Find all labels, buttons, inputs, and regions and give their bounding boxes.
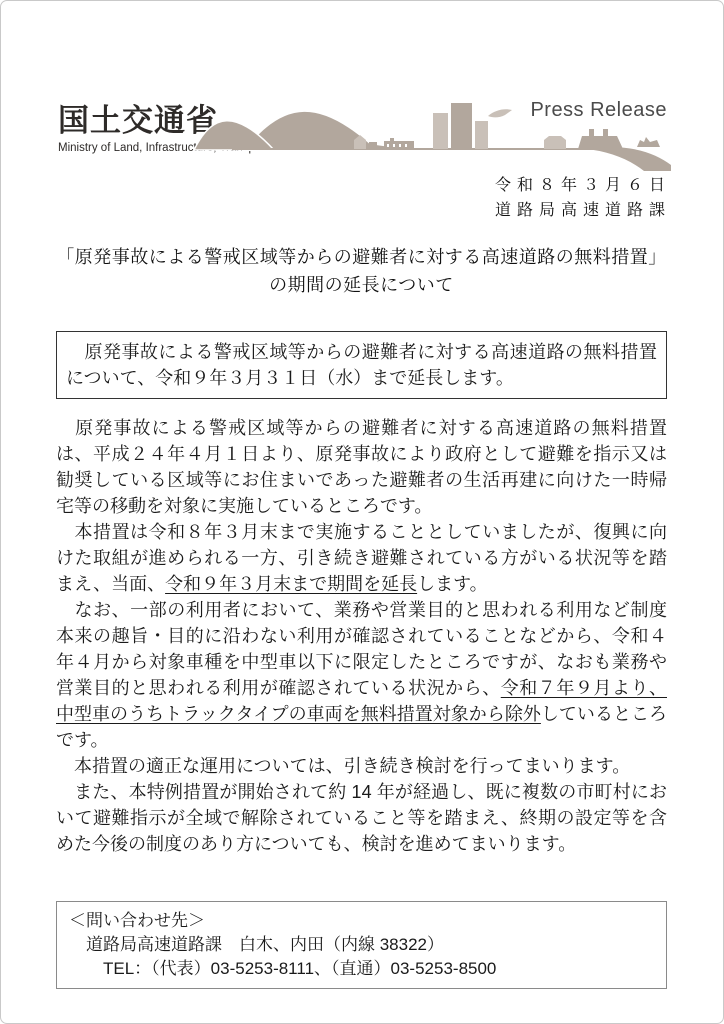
summary-box: 原発事故による警戒区域等からの避難者に対する高速道路の無料措置について、令和９年…: [56, 331, 667, 399]
paragraph-3: なお、一部の利用者において、業務や営業目的と思われる利用など制度本来の趣旨・目的…: [56, 597, 667, 753]
release-date: 令和８年３月６日: [495, 173, 671, 198]
paragraph-4: 本措置の適正な運用については、引き続き検討を行ってまいります。: [56, 753, 667, 779]
contact-phone-line: TEL：（代表）03-5253-8111、（直通）03-5253-8500: [69, 957, 654, 981]
contact-heading: ＜問い合わせ先＞: [69, 909, 654, 933]
skyline-graphic: [194, 93, 671, 171]
paragraph-1: 原発事故による警戒区域等からの避難者に対する高速道路の無料措置は、平成２４年４月…: [56, 415, 667, 519]
document-title: 「原発事故による警戒区域等からの避難者に対する高速道路の無料措置」 の期間の延長…: [56, 243, 667, 299]
press-release-page: 国土交通省 Ministry of Land, Infrastructure, …: [0, 0, 724, 1024]
paragraph-2-text-end: します。: [417, 574, 488, 594]
document-title-line2: の期間の延長について: [56, 271, 667, 299]
department-name: 道路局高速道路課: [495, 198, 671, 223]
contact-box: ＜問い合わせ先＞ 道路局高速道路課 白木、内田（内線 38322） TEL：（代…: [56, 901, 667, 989]
document-title-line1: 「原発事故による警戒区域等からの避難者に対する高速道路の無料措置」: [56, 243, 667, 271]
contact-department-line: 道路局高速道路課 白木、内田（内線 38322）: [69, 933, 654, 957]
summary-text: 原発事故による警戒区域等からの避難者に対する高速道路の無料措置について、令和９年…: [66, 342, 657, 388]
paragraph-2-underlined-text: 令和９年３月末まで期間を延長: [165, 574, 417, 594]
paragraph-5: また、本特例措置が開始されて約 14 年が経過し、既に複数の市町村において避難指…: [56, 779, 667, 857]
body-text: 原発事故による警戒区域等からの避難者に対する高速道路の無料措置は、平成２４年４月…: [56, 415, 667, 857]
paragraph-2: 本措置は令和８年３月末まで実施することとしていましたが、復興に向けた取組が進めら…: [56, 519, 667, 597]
date-department-block: 令和８年３月６日 道路局高速道路課: [495, 173, 671, 223]
